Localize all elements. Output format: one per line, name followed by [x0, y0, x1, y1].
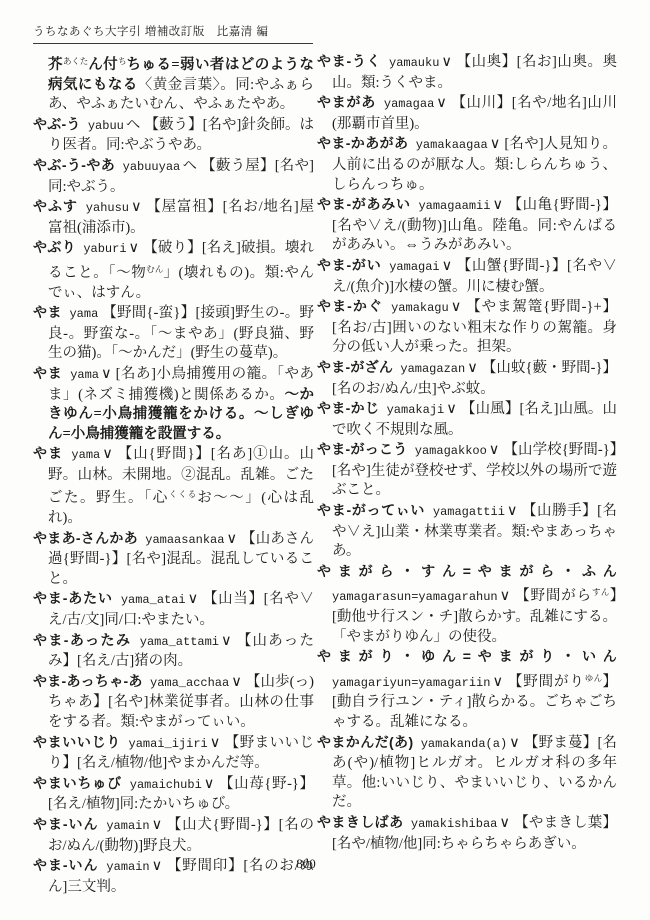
dictionary-entry: やまいいじり yamai_ijiri∨【野まいいじり】[名え/植物/他]やまかん…	[33, 733, 314, 774]
right-column: やま-うく yamauku∨【山奥】[名お]山奥。奥山。類:うくやま。 やまがあ…	[317, 52, 617, 854]
dictionary-entry: やま-かあがあ yamakaagaa∨[名や]人見知り。人前に出るのが厭な人。類…	[317, 134, 617, 195]
dictionary-entry: やまきしばあ yamakishibaa∨【やまきし葉】[名や/植物/他]同:ちゃ…	[317, 813, 617, 854]
dictionary-entry: やぶり yaburi∨【破り】[名え]破損。壊れること。「〜物むん」(壊れもの)…	[33, 238, 314, 303]
dictionary-entry: やま-いん yamain∨【山犬{野間-}】[名のお/ぬん/(動物)]野良犬。	[33, 815, 314, 856]
dictionary-entry: やま-かじ yamakaji∨【山風】[名え]山風。山で吹く不規則な風。	[317, 399, 617, 440]
dictionary-entry: やま-がざん yamagazan∨【山蚊{藪・野間-}】[名のお/ぬん/虫]やぶ…	[317, 358, 617, 399]
dictionary-entry: やまかんだ(あ) yamakanda(a)∨【野ま蔓】[名あ(や)/植物]ヒルガ…	[317, 733, 617, 813]
dictionary-entry: やま-がってぃい yamagattii∨【山勝手】[名や∨え]山業・林業専業者。…	[317, 501, 617, 562]
dictionary-entry: やま-がい yamagai∨【山蟹{野間-}】[名や∨え/(魚介)]水棲の蟹。川…	[317, 256, 617, 297]
dictionary-entry: やふす yahusu∨【屋富祖】[名お/地名]屋富祖(浦添市)。	[33, 197, 314, 238]
dictionary-entry: やま yama∨【山{野間}】[名あ]①山。山野。山林。未開地。②混乱。乱雑。ご…	[33, 444, 314, 528]
dictionary-entry: やま yama∨[名あ]小鳥捕獲用の籠。「やあま」(ネズミ捕獲機)と関係あるか。…	[33, 364, 314, 444]
dictionary-entry: やま-がっこう yamagakkoo∨【山学校{野間-}】[名や]生徒が登校せず…	[317, 440, 617, 501]
dictionary-entry: やま yama 【野間{-蛮}】[接頭]野生の-。野良-。野蛮な-。「〜まやあ」…	[33, 303, 314, 364]
dictionary-entry: やまがあ yamagaa∨【山川】[名や/地名]山川(那覇市首里)。	[317, 93, 617, 134]
dictionary-entry-continuation: 芥あくたん付ちちゅる=弱い者はどのような病気にもなる〈黄金言葉〉。同:やふぁらあ…	[33, 52, 314, 115]
dictionary-entry: やぶ-う yabuuヘ【藪う】[名や]針灸師。はり医者。同:やぶうやあ。	[33, 115, 314, 156]
dictionary-entry: やま-うく yamauku∨【山奥】[名お]山奥。奥山。類:うくやま。	[317, 52, 617, 93]
dictionary-entry: やま-あっちゃ-あ yama_acchaa∨【山歩(っ)ちゃあ】[名や]林業従事…	[33, 672, 314, 733]
left-column: 芥あくたん付ちちゅる=弱い者はどのような病気にもなる〈黄金言葉〉。同:やふぁらあ…	[33, 52, 314, 897]
dictionary-entry: やま-あたい yama_atai∨【山当】[名や∨え/古/文]同/口:やまたい。	[33, 589, 314, 630]
book-title: うちなあぐち大字引 増補改訂版 比嘉清 編	[33, 26, 268, 38]
dictionary-entry: やま-があみい yamagaamii∨【山亀{野間-}】[名や∨え/(動物)]山…	[317, 195, 617, 256]
page-number: 800	[0, 856, 612, 872]
dictionary-entry: やぶ-う-やあ yabuuyaaヘ【藪う屋】[名や]同:やぶう。	[33, 156, 314, 197]
dictionary-entry: やま-かぐ yamakagu∨【やま駕篭{野間-}+】[名お/古]囲いのない粗末…	[317, 297, 617, 358]
running-head: うちなあぐち大字引 増補改訂版 比嘉清 編	[33, 23, 313, 44]
dictionary-page: うちなあぐち大字引 増補改訂版 比嘉清 編 芥あくたん付ちちゅる=弱い者はどのよ…	[0, 0, 650, 920]
dictionary-entry: やまがり・ゆん=やまがり・いん yamagariyun=yamagariin∨【…	[317, 647, 617, 732]
dictionary-entry: やまいちゅび yamaichubi∨【山苺{野-}】[名え/植物]同:たかいちゅ…	[33, 774, 314, 815]
dictionary-entry: やまあ-さんかあ yamaasankaa∨【山あさん過{野間-}】[名や]混乱。…	[33, 529, 314, 590]
dictionary-entry: やま-あったみ yama_attami∨【山あったみ】[名え/古]猪の肉。	[33, 631, 314, 672]
dictionary-entry: やまがら・すん=やまがら・ふん yamagarasun=yamagarahun∨…	[317, 562, 617, 647]
